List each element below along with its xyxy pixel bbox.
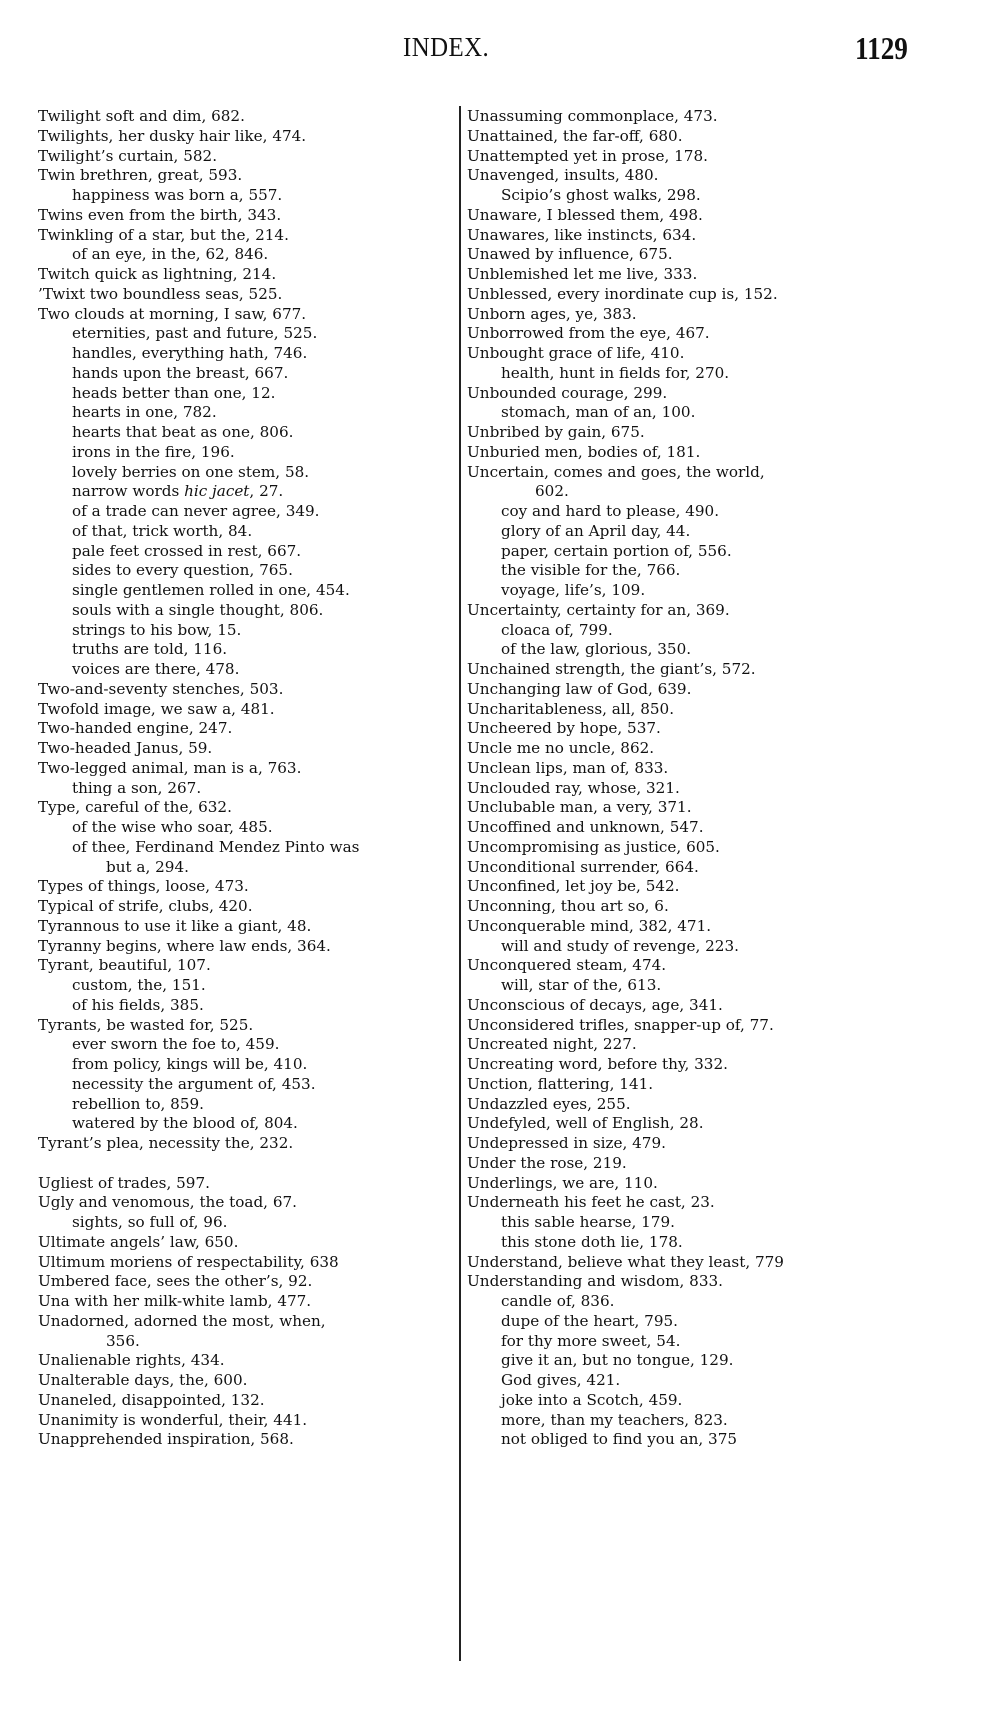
index-entry: Undazzled eyes, 255.: [467, 1095, 937, 1115]
entry-text: Twilight soft and dim, 682.: [38, 107, 245, 125]
index-entry: Unapprehended inspiration, 568.: [38, 1430, 448, 1450]
index-entry: Unanimity is wonderful, their, 441.: [38, 1411, 448, 1431]
entry-text: truths are told, 116.: [72, 640, 227, 658]
entry-text: Tyrants, be wasted for, 525.: [38, 1016, 253, 1034]
entry-text: Uncreated night, 227.: [467, 1035, 637, 1053]
index-entry: Uncertain, comes and goes, the world,: [467, 463, 937, 483]
entry-text: Una with her milk-white lamb, 477.: [38, 1292, 311, 1310]
entry-text: Unanimity is wonderful, their, 441.: [38, 1411, 307, 1429]
index-subentry: eternities, past and future, 525.: [38, 324, 448, 344]
index-entry: Tyrant, beautiful, 107.: [38, 956, 448, 976]
entry-text: Under the rose, 219.: [467, 1154, 627, 1172]
entry-text: lovely berries on one stem, 58.: [72, 463, 309, 481]
index-subentry: cloaca of, 799.: [467, 621, 937, 641]
entry-text: souls with a single thought, 806.: [72, 601, 323, 619]
entry-text: Uncharitableness, all, 850.: [467, 700, 674, 718]
index-entry: Unburied men, bodies of, 181.: [467, 443, 937, 463]
index-entry: Unborn ages, ye, 383.: [467, 305, 937, 325]
index-entry: Twitch quick as lightning, 214.: [38, 265, 448, 285]
entry-text: Unborrowed from the eye, 467.: [467, 324, 710, 342]
index-subentry: strings to his bow, 15.: [38, 621, 448, 641]
index-entry: Underlings, we are, 110.: [467, 1174, 937, 1194]
entry-text: dupe of the heart, 795.: [501, 1312, 678, 1330]
entry-text: Type, careful of the, 632.: [38, 798, 232, 816]
entry-text: Twins even from the birth, 343.: [38, 206, 281, 224]
index-subentry: pale feet crossed in rest, 667.: [38, 542, 448, 562]
index-entry: Unavenged, insults, 480.: [467, 166, 937, 186]
entry-text: Unapprehended inspiration, 568.: [38, 1430, 294, 1448]
entry-text: ever sworn the foe to, 459.: [72, 1035, 279, 1053]
index-entry: Unconning, thou art so, 6.: [467, 897, 937, 917]
index-entry: Two-headed Janus, 59.: [38, 739, 448, 759]
entry-text: Unconning, thou art so, 6.: [467, 897, 669, 915]
entry-text: eternities, past and future, 525.: [72, 324, 317, 342]
index-entry: Unattained, the far-off, 680.: [467, 127, 937, 147]
index-entry: Unaware, I blessed them, 498.: [467, 206, 937, 226]
index-subentry: will and study of revenge, 223.: [467, 937, 937, 957]
entry-text: watered by the blood of, 804.: [72, 1114, 298, 1132]
index-subentry: sights, so full of, 96.: [38, 1213, 448, 1233]
entry-text: Unblemished let me live, 333.: [467, 265, 697, 283]
entry-text: Unawed by influence, 675.: [467, 245, 673, 263]
index-subentry: from policy, kings will be, 410.: [38, 1055, 448, 1075]
index-subentry: hearts that beat as one, 806.: [38, 423, 448, 443]
index-subentry: give it an, but no tongue, 129.: [467, 1351, 937, 1371]
entry-text: ’Twixt two boundless seas, 525.: [38, 285, 282, 303]
entry-text: Scipio’s ghost walks, 298.: [501, 186, 701, 204]
entry-text: cloaca of, 799.: [501, 621, 613, 639]
entry-text: Twofold image, we saw a, 481.: [38, 700, 275, 718]
entry-text: Unchanging law of God, 639.: [467, 680, 691, 698]
entry-text: 356.: [106, 1332, 140, 1350]
index-subentry: this sable hearse, 179.: [467, 1213, 937, 1233]
entry-text: Understanding and wisdom, 833.: [467, 1272, 723, 1290]
entry-text: Ugly and venomous, the toad, 67.: [38, 1193, 297, 1211]
index-subentry: this stone doth lie, 178.: [467, 1233, 937, 1253]
index-subentry: souls with a single thought, 806.: [38, 601, 448, 621]
index-entry: Tyrants, be wasted for, 525.: [38, 1016, 448, 1036]
entry-text: sides to every question, 765.: [72, 561, 293, 579]
index-subentry: not obliged to find you an, 375: [467, 1430, 937, 1450]
index-subentry: of his fields, 385.: [38, 996, 448, 1016]
entry-text: from policy, kings will be, 410.: [72, 1055, 307, 1073]
page-number: 1129: [855, 30, 908, 67]
entry-text: Unburied men, bodies of, 181.: [467, 443, 700, 461]
index-entry: Typical of strife, clubs, 420.: [38, 897, 448, 917]
entry-text: Umbered face, sees the other’s, 92.: [38, 1272, 312, 1290]
entry-text: Typical of strife, clubs, 420.: [38, 897, 253, 915]
index-subentry: handles, everything hath, 746.: [38, 344, 448, 364]
index-entry: Two clouds at morning, I saw, 677.: [38, 305, 448, 325]
entry-text: Twitch quick as lightning, 214.: [38, 265, 276, 283]
index-subentry: will, star of the, 613.: [467, 976, 937, 996]
entry-text: will and study of revenge, 223.: [501, 937, 739, 955]
index-subentry: more, than my teachers, 823.: [467, 1411, 937, 1431]
entry-text: Unbounded courage, 299.: [467, 384, 667, 402]
index-subentry: candle of, 836.: [467, 1292, 937, 1312]
index-subentry: voyage, life’s, 109.: [467, 581, 937, 601]
index-entry: Understanding and wisdom, 833.: [467, 1272, 937, 1292]
entry-text: of the law, glorious, 350.: [501, 640, 691, 658]
index-entry: Unaneled, disappointed, 132.: [38, 1391, 448, 1411]
index-entry: Two-handed engine, 247.: [38, 719, 448, 739]
index-entry: Unalienable rights, 434.: [38, 1351, 448, 1371]
index-entry: Twins even from the birth, 343.: [38, 206, 448, 226]
index-entry: Tyranny begins, where law ends, 364.: [38, 937, 448, 957]
entry-text: Tyranny begins, where law ends, 364.: [38, 937, 331, 955]
index-entry: Unbribed by gain, 675.: [467, 423, 937, 443]
index-subentry: for thy more sweet, 54.: [467, 1332, 937, 1352]
entry-text: Twilight’s curtain, 582.: [38, 147, 217, 165]
index-subentry: of an eye, in the, 62, 846.: [38, 245, 448, 265]
index-subentry: narrow words hic jacet, 27.: [38, 482, 448, 502]
entry-text: Uncoffined and unknown, 547.: [467, 818, 704, 836]
entry-text: Unborn ages, ye, 383.: [467, 305, 637, 323]
index-subentry: sides to every question, 765.: [38, 561, 448, 581]
index-subentry: custom, the, 151.: [38, 976, 448, 996]
entry-text: Uncreating word, before thy, 332.: [467, 1055, 728, 1073]
entry-text: coy and hard to please, 490.: [501, 502, 719, 520]
index-entry: Uncheered by hope, 537.: [467, 719, 937, 739]
index-entry: Unalterable days, the, 600.: [38, 1371, 448, 1391]
entry-text: of an eye, in the, 62, 846.: [72, 245, 268, 263]
index-entry: Uncompromising as justice, 605.: [467, 838, 937, 858]
entry-text: 602.: [535, 482, 569, 500]
entry-text: Ugliest of trades, 597.: [38, 1174, 210, 1192]
entry-text: Unaware, I blessed them, 498.: [467, 206, 703, 224]
entry-text: single gentlemen rolled in one, 454.: [72, 581, 350, 599]
index-entry: Uncreating word, before thy, 332.: [467, 1055, 937, 1075]
index-entry: Tyrannous to use it like a giant, 48.: [38, 917, 448, 937]
index-subentry: single gentlemen rolled in one, 454.: [38, 581, 448, 601]
entry-text: Types of things, loose, 473.: [38, 877, 249, 895]
entry-text: Unclean lips, man of, 833.: [467, 759, 668, 777]
index-subentry: God gives, 421.: [467, 1371, 937, 1391]
entry-text: stomach, man of an, 100.: [501, 403, 695, 421]
entry-text: thing a son, 267.: [72, 779, 201, 797]
index-entry: Ultimate angels’ law, 650.: [38, 1233, 448, 1253]
entry-text: Two-handed engine, 247.: [38, 719, 232, 737]
entry-text: Twinkling of a star, but the, 214.: [38, 226, 289, 244]
entry-text: Two clouds at morning, I saw, 677.: [38, 305, 306, 323]
index-entry: Unclubable man, a very, 371.: [467, 798, 937, 818]
entry-text: Uncertain, comes and goes, the world,: [467, 463, 765, 481]
entry-text: rebellion to, 859.: [72, 1095, 204, 1113]
index-subentry: glory of an April day, 44.: [467, 522, 937, 542]
index-entry-continuation: 356.: [38, 1332, 448, 1352]
entry-text: health, hunt in fields for, 270.: [501, 364, 729, 382]
index-subentry: truths are told, 116.: [38, 640, 448, 660]
index-entry: Unassuming commonplace, 473.: [467, 107, 937, 127]
index-entry: Unborrowed from the eye, 467.: [467, 324, 937, 344]
entry-text: Undepressed in size, 479.: [467, 1134, 666, 1152]
entry-text: heads better than one, 12.: [72, 384, 275, 402]
entry-text: Unblessed, every inordinate cup is, 152.: [467, 285, 778, 303]
index-entry: Unadorned, adorned the most, when,: [38, 1312, 448, 1332]
index-entry: Unawares, like instincts, 634.: [467, 226, 937, 246]
index-subentry: coy and hard to please, 490.: [467, 502, 937, 522]
entry-text: Twin brethren, great, 593.: [38, 166, 242, 184]
blank-line: [38, 1154, 448, 1174]
index-entry: Unconsidered trifles, snapper-up of, 77.: [467, 1016, 937, 1036]
index-entry: Unclouded ray, whose, 321.: [467, 779, 937, 799]
index-subentry: happiness was born a, 557.: [38, 186, 448, 206]
entry-text: voices are there, 478.: [72, 660, 239, 678]
index-page: INDEX. 1129 Twilight soft and dim, 682.T…: [0, 0, 1000, 1717]
entry-text: pale feet crossed in rest, 667.: [72, 542, 301, 560]
entry-text: glory of an April day, 44.: [501, 522, 690, 540]
entry-text: Unction, flattering, 141.: [467, 1075, 653, 1093]
entry-text: custom, the, 151.: [72, 976, 206, 994]
index-entry: Undepressed in size, 479.: [467, 1134, 937, 1154]
page-header-title: INDEX.: [403, 32, 489, 63]
index-subentry: necessity the argument of, 453.: [38, 1075, 448, 1095]
index-column-left: Twilight soft and dim, 682.Twilights, he…: [38, 107, 448, 1450]
entry-text: candle of, 836.: [501, 1292, 614, 1310]
index-subentry: irons in the fire, 196.: [38, 443, 448, 463]
index-entry: Unblemished let me live, 333.: [467, 265, 937, 285]
entry-text: narrow words: [72, 482, 184, 500]
entry-text: of his fields, 385.: [72, 996, 204, 1014]
index-entry: Unattempted yet in prose, 178.: [467, 147, 937, 167]
index-subentry: watered by the blood of, 804.: [38, 1114, 448, 1134]
index-entry: Twilight’s curtain, 582.: [38, 147, 448, 167]
index-subentry: of a trade can never agree, 349.: [38, 502, 448, 522]
entry-text: Unconquered steam, 474.: [467, 956, 666, 974]
index-entry: Two-and-seventy stenches, 503.: [38, 680, 448, 700]
index-entry: Twilight soft and dim, 682.: [38, 107, 448, 127]
entry-text: Unconfined, let joy be, 542.: [467, 877, 680, 895]
index-entry: Unconfined, let joy be, 542.: [467, 877, 937, 897]
entry-text: joke into a Scotch, 459.: [501, 1391, 682, 1409]
entry-text: paper, certain portion of, 556.: [501, 542, 732, 560]
entry-text: Unconditional surrender, 664.: [467, 858, 699, 876]
entry-text: Unalterable days, the, 600.: [38, 1371, 247, 1389]
index-entry: Unblessed, every inordinate cup is, 152.: [467, 285, 937, 305]
entry-italic-text: hic jacet: [184, 482, 249, 500]
index-entry: Uncharitableness, all, 850.: [467, 700, 937, 720]
index-entry: Twinkling of a star, but the, 214.: [38, 226, 448, 246]
entry-text: Unattained, the far-off, 680.: [467, 127, 683, 145]
entry-text: Unconsidered trifles, snapper-up of, 77.: [467, 1016, 774, 1034]
entry-text: hearts that beat as one, 806.: [72, 423, 293, 441]
index-entry: Ugliest of trades, 597.: [38, 1174, 448, 1194]
entry-text: but a, 294.: [106, 858, 189, 876]
entry-text: Unbribed by gain, 675.: [467, 423, 645, 441]
index-entry: Twilights, her dusky hair like, 474.: [38, 127, 448, 147]
index-entry: Uncreated night, 227.: [467, 1035, 937, 1055]
entry-text: of thee, Ferdinand Mendez Pinto was: [72, 838, 359, 856]
index-subentry: of that, trick worth, 84.: [38, 522, 448, 542]
entry-text: Unadorned, adorned the most, when,: [38, 1312, 326, 1330]
entry-text: Twilights, her dusky hair like, 474.: [38, 127, 306, 145]
index-subentry: stomach, man of an, 100.: [467, 403, 937, 423]
index-subentry: health, hunt in fields for, 270.: [467, 364, 937, 384]
index-entry: Una with her milk-white lamb, 477.: [38, 1292, 448, 1312]
index-subentry: of the law, glorious, 350.: [467, 640, 937, 660]
index-entry: Unawed by influence, 675.: [467, 245, 937, 265]
index-entry: Unconditional surrender, 664.: [467, 858, 937, 878]
index-entry: Unbought grace of life, 410.: [467, 344, 937, 364]
index-entry: Uncle me no uncle, 862.: [467, 739, 937, 759]
entry-text: Unclouded ray, whose, 321.: [467, 779, 680, 797]
entry-text: for thy more sweet, 54.: [501, 1332, 680, 1350]
index-subentry: joke into a Scotch, 459.: [467, 1391, 937, 1411]
entry-text: Ultimum moriens of respectability, 638: [38, 1253, 339, 1271]
index-entry: Twin brethren, great, 593.: [38, 166, 448, 186]
entry-text: necessity the argument of, 453.: [72, 1075, 316, 1093]
entry-text: Unassuming commonplace, 473.: [467, 107, 718, 125]
entry-text: Tyrannous to use it like a giant, 48.: [38, 917, 311, 935]
index-subentry: dupe of the heart, 795.: [467, 1312, 937, 1332]
entry-text: will, star of the, 613.: [501, 976, 661, 994]
index-subentry: heads better than one, 12.: [38, 384, 448, 404]
index-entry: Types of things, loose, 473.: [38, 877, 448, 897]
index-entry: Unconquerable mind, 382, 471.: [467, 917, 937, 937]
index-entry: Under the rose, 219.: [467, 1154, 937, 1174]
index-entry-continuation: 602.: [467, 482, 937, 502]
index-entry: ’Twixt two boundless seas, 525.: [38, 285, 448, 305]
entry-text: Unalienable rights, 434.: [38, 1351, 225, 1369]
entry-text: Ultimate angels’ law, 650.: [38, 1233, 238, 1251]
index-entry: Uncoffined and unknown, 547.: [467, 818, 937, 838]
entry-text: not obliged to find you an, 375: [501, 1430, 737, 1448]
entry-text: Unclubable man, a very, 371.: [467, 798, 692, 816]
entry-text: Two-headed Janus, 59.: [38, 739, 212, 757]
entry-text: Tyrant’s plea, necessity the, 232.: [38, 1134, 293, 1152]
index-entry: Unchained strength, the giant’s, 572.: [467, 660, 937, 680]
index-entry: Undefyled, well of English, 28.: [467, 1114, 937, 1134]
index-subentry: Scipio’s ghost walks, 298.: [467, 186, 937, 206]
entry-text: Uncompromising as justice, 605.: [467, 838, 720, 856]
index-column-right: Unassuming commonplace, 473.Unattained, …: [467, 107, 937, 1450]
entry-text: of a trade can never agree, 349.: [72, 502, 320, 520]
index-entry: Unchanging law of God, 639.: [467, 680, 937, 700]
entry-text: Underlings, we are, 110.: [467, 1174, 658, 1192]
entry-text: Unavenged, insults, 480.: [467, 166, 659, 184]
entry-text: Uncheered by hope, 537.: [467, 719, 661, 737]
entry-text: Uncle me no uncle, 862.: [467, 739, 654, 757]
entry-text: Unbought grace of life, 410.: [467, 344, 684, 362]
column-divider: [459, 106, 461, 1661]
entry-text: happiness was born a, 557.: [72, 186, 282, 204]
entry-text: voyage, life’s, 109.: [501, 581, 645, 599]
index-entry: Understand, believe what they least, 779: [467, 1253, 937, 1273]
entry-text: Understand, believe what they least, 779: [467, 1253, 784, 1271]
entry-text: more, than my teachers, 823.: [501, 1411, 728, 1429]
index-entry: Tyrant’s plea, necessity the, 232.: [38, 1134, 448, 1154]
index-entry-continuation: but a, 294.: [38, 858, 448, 878]
entry-text: this stone doth lie, 178.: [501, 1233, 683, 1251]
index-entry: Twofold image, we saw a, 481.: [38, 700, 448, 720]
index-subentry: thing a son, 267.: [38, 779, 448, 799]
index-entry: Unbounded courage, 299.: [467, 384, 937, 404]
entry-text: Uncertainty, certainty for an, 369.: [467, 601, 730, 619]
entry-text: Unconscious of decays, age, 341.: [467, 996, 723, 1014]
entry-text: this sable hearse, 179.: [501, 1213, 675, 1231]
index-subentry: hands upon the breast, 667.: [38, 364, 448, 384]
entry-text: Tyrant, beautiful, 107.: [38, 956, 211, 974]
entry-text: Unattempted yet in prose, 178.: [467, 147, 708, 165]
index-subentry: paper, certain portion of, 556.: [467, 542, 937, 562]
entry-text: Undazzled eyes, 255.: [467, 1095, 631, 1113]
index-subentry: of the wise who soar, 485.: [38, 818, 448, 838]
index-entry: Two-legged animal, man is a, 763.: [38, 759, 448, 779]
entry-text: Unchained strength, the giant’s, 572.: [467, 660, 756, 678]
index-entry: Underneath his feet he cast, 23.: [467, 1193, 937, 1213]
entry-text: hands upon the breast, 667.: [72, 364, 288, 382]
entry-text: Unaneled, disappointed, 132.: [38, 1391, 265, 1409]
index-entry: Ultimum moriens of respectability, 638: [38, 1253, 448, 1273]
index-entry: Unction, flattering, 141.: [467, 1075, 937, 1095]
index-entry: Umbered face, sees the other’s, 92.: [38, 1272, 448, 1292]
index-subentry: of thee, Ferdinand Mendez Pinto was: [38, 838, 448, 858]
index-subentry: the visible for the, 766.: [467, 561, 937, 581]
index-entry: Type, careful of the, 632.: [38, 798, 448, 818]
index-subentry: ever sworn the foe to, 459.: [38, 1035, 448, 1055]
index-subentry: hearts in one, 782.: [38, 403, 448, 423]
entry-text: Undefyled, well of English, 28.: [467, 1114, 704, 1132]
index-subentry: lovely berries on one stem, 58.: [38, 463, 448, 483]
index-entry: Unclean lips, man of, 833.: [467, 759, 937, 779]
entry-text: Two-and-seventy stenches, 503.: [38, 680, 283, 698]
index-entry: Uncertainty, certainty for an, 369.: [467, 601, 937, 621]
entry-text: sights, so full of, 96.: [72, 1213, 227, 1231]
entry-text: Unawares, like instincts, 634.: [467, 226, 696, 244]
entry-text: God gives, 421.: [501, 1371, 620, 1389]
index-subentry: voices are there, 478.: [38, 660, 448, 680]
entry-text: Unconquerable mind, 382, 471.: [467, 917, 711, 935]
entry-text: irons in the fire, 196.: [72, 443, 235, 461]
entry-text: strings to his bow, 15.: [72, 621, 241, 639]
entry-text: give it an, but no tongue, 129.: [501, 1351, 733, 1369]
entry-text: of that, trick worth, 84.: [72, 522, 252, 540]
index-subentry: rebellion to, 859.: [38, 1095, 448, 1115]
index-entry: Unconscious of decays, age, 341.: [467, 996, 937, 1016]
entry-text: Two-legged animal, man is a, 763.: [38, 759, 301, 777]
entry-text: hearts in one, 782.: [72, 403, 217, 421]
entry-text: of the wise who soar, 485.: [72, 818, 273, 836]
entry-text: handles, everything hath, 746.: [72, 344, 307, 362]
index-entry: Ugly and venomous, the toad, 67.: [38, 1193, 448, 1213]
entry-text: Underneath his feet he cast, 23.: [467, 1193, 715, 1211]
index-entry: Unconquered steam, 474.: [467, 956, 937, 976]
entry-text-after: , 27.: [249, 482, 283, 500]
entry-text: the visible for the, 766.: [501, 561, 680, 579]
